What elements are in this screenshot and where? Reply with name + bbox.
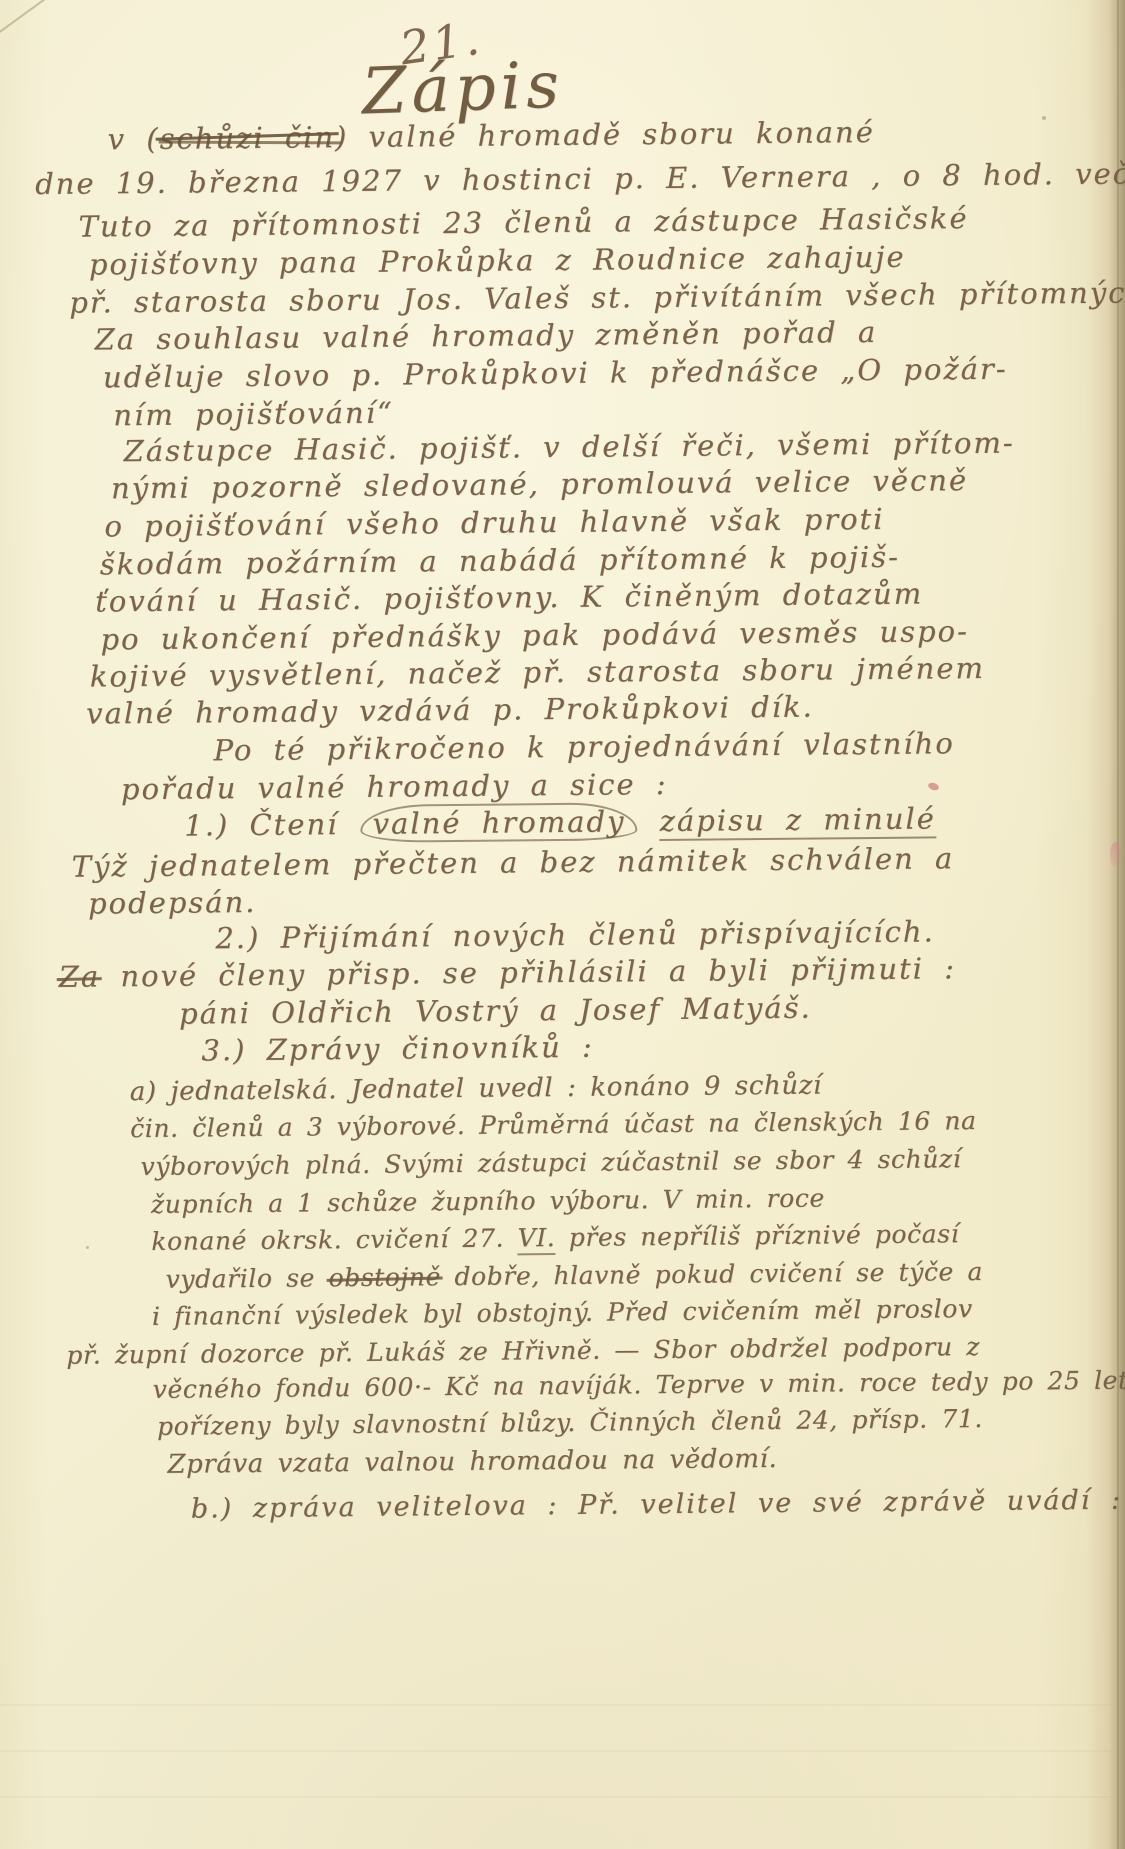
manuscript-text: př. starosta sboru Jos. Valeš st. přivít… — [69, 275, 1125, 319]
manuscript-line: župních a 1 schůze župního výboru. V min… — [151, 1183, 825, 1218]
manuscript-text: Zástupce Hasič. pojišť. v delší řeči, vš… — [124, 426, 1015, 469]
manuscript-line: Zpráva vzata valnou hromadou na vědomí. — [167, 1444, 777, 1480]
manuscript-text: 2.) Přijímání nových členů přispívajícíc… — [215, 914, 935, 955]
manuscript-text: výborových plná. Svými zástupci zúčastni… — [140, 1144, 961, 1181]
manuscript-line: čin. členů a 3 výborové. Průměrná účast … — [130, 1106, 977, 1143]
manuscript-line: věcného fondu 600·- Kč na navíják. Teprv… — [153, 1365, 1125, 1404]
manuscript-text: valné hromady vzdává p. Prokůpkovi dík. — [86, 690, 814, 731]
manuscript-line: i finanční výsledek byl obstojný. Před c… — [152, 1294, 973, 1331]
manuscript-text: o pojišťování všeho druhu hlavně však pr… — [104, 502, 884, 543]
manuscript-text: ) valné hromadě sboru konané — [335, 115, 875, 154]
manuscript-line: pořadu valné hromady a sice : — [121, 767, 668, 806]
manuscript-text: Týž jednatelem přečten a bez námitek sch… — [71, 841, 954, 883]
manuscript-line: uděluje slovo p. Prokůpkovi k přednášce … — [103, 352, 1008, 395]
manuscript-text: i finanční výsledek byl obstojný. Před c… — [152, 1294, 973, 1331]
manuscript-line: výborových plná. Svými zástupci zúčastni… — [140, 1144, 961, 1181]
manuscript-text: 3.) Zprávy činovníků : — [201, 1030, 594, 1068]
manuscript-line: 3.) Zprávy činovníků : — [201, 1030, 594, 1068]
manuscript-lines: v (schůzi čin) valné hromadě sboru konan… — [0, 0, 1125, 1849]
manuscript-line: Za souhlasu valné hromady změněn pořad a — [94, 315, 877, 357]
manuscript-line: vydařilo se obstojně dobře, hlavně pokud… — [165, 1257, 983, 1294]
manuscript-line: b.) zpráva velitelova : Př. velitel ve s… — [191, 1485, 1122, 1525]
manuscript-text: b.) zpráva velitelova : Př. velitel ve s… — [191, 1485, 1122, 1525]
manuscript-line: a) jednatelská. Jednatel uvedl : konáno … — [130, 1070, 822, 1107]
manuscript-line: v (schůzi čin) valné hromadě sboru konan… — [108, 115, 875, 156]
manuscript-text: nými pozorně sledované, promlouvá velice… — [111, 463, 968, 505]
manuscript-line: ťování u Hasič. pojišťovny. K činěným do… — [95, 577, 923, 619]
manuscript-page: { "page": { "heading_number": "21.", "ti… — [0, 0, 1125, 1849]
manuscript-text: přes nepříliš příznivé počasí — [555, 1219, 959, 1252]
manuscript-text: vydařilo se — [165, 1263, 328, 1294]
manuscript-text: škodám požárním a nabádá přítomné k poji… — [100, 540, 900, 582]
manuscript-text: po ukončení přednášky pak podává vesměs … — [100, 614, 969, 656]
manuscript-text: kojivé vysvětlení, načež př. starosta sb… — [90, 651, 985, 694]
manuscript-strike-text: obstojně — [328, 1262, 441, 1292]
manuscript-line: ním pojišťování“ — [113, 396, 394, 433]
manuscript-line: valné hromady vzdává p. Prokůpkovi dík. — [86, 690, 814, 731]
manuscript-text: Tuto za přítomnosti 23 členů a zástupce … — [78, 201, 968, 244]
manuscript-line: dne 19. března 1927 v hostinci p. E. Ver… — [35, 156, 1125, 201]
manuscript-text: ním pojišťování“ — [113, 396, 394, 433]
manuscript-scribble-text: schůzi čin — [159, 120, 335, 156]
manuscript-text: podepsán. — [88, 885, 257, 921]
manuscript-text: v ( — [108, 122, 160, 156]
manuscript-text: Za souhlasu valné hromady změněn pořad a — [94, 315, 877, 357]
manuscript-line: po ukončení přednášky pak podává vesměs … — [100, 614, 969, 656]
manuscript-line: konané okrsk. cvičení 27. VI. přes nepří… — [151, 1219, 959, 1256]
manuscript-underline-text: VI. — [517, 1223, 555, 1255]
manuscript-text: dne 19. března 1927 v hostinci p. E. Ver… — [35, 156, 1125, 201]
manuscript-text: ťování u Hasič. pojišťovny. K činěným do… — [95, 577, 923, 619]
manuscript-text — [639, 804, 660, 838]
manuscript-line: 1.) Čtení valné hromady zápisu z minulé — [184, 799, 936, 844]
manuscript-text: Zpráva vzata valnou hromadou na vědomí. — [167, 1444, 777, 1480]
manuscript-line: podepsán. — [88, 885, 257, 921]
manuscript-line: př. župní dozorce př. Lukáš ze Hřivně. —… — [66, 1332, 980, 1370]
manuscript-text: a) jednatelská. Jednatel uvedl : konáno … — [130, 1070, 822, 1107]
manuscript-line: Po té přikročeno k projednávání vlastníh… — [213, 726, 954, 767]
manuscript-text: pořadu valné hromady a sice : — [121, 767, 668, 806]
manuscript-text: př. župní dozorce př. Lukáš ze Hřivně. —… — [66, 1332, 980, 1370]
manuscript-line: škodám požárním a nabádá přítomné k poji… — [100, 540, 900, 582]
manuscript-text: čin. členů a 3 výborové. Průměrná účast … — [130, 1106, 977, 1143]
manuscript-line: př. starosta sboru Jos. Valeš st. přivít… — [69, 275, 1125, 319]
manuscript-line: pojišťovny pana Prokůpka z Roudnice zaha… — [89, 240, 906, 282]
manuscript-text: Po té přikročeno k projednávání vlastníh… — [213, 726, 954, 767]
manuscript-line: o pojišťování všeho druhu hlavně však pr… — [104, 502, 884, 543]
manuscript-circle-text: valné hromady — [360, 802, 637, 843]
manuscript-text: páni Oldřich Vostrý a Josef Matyáš. — [179, 991, 812, 1031]
manuscript-line: Za nové členy přisp. se přihlásili a byl… — [59, 951, 957, 994]
manuscript-text: nové členy přisp. se přihlásili a byli p… — [100, 951, 956, 993]
manuscript-strike-text: Za — [59, 959, 101, 993]
manuscript-line: kojivé vysvětlení, načež př. starosta sb… — [90, 651, 985, 694]
manuscript-line: Týž jednatelem přečten a bez námitek sch… — [71, 841, 954, 883]
manuscript-line: nými pozorně sledované, promlouvá velice… — [111, 463, 968, 505]
manuscript-line: Zástupce Hasič. pojišť. v delší řeči, vš… — [124, 426, 1015, 469]
manuscript-text: pojišťovny pana Prokůpka z Roudnice zaha… — [89, 240, 906, 282]
manuscript-text: konané okrsk. cvičení 27. — [151, 1223, 518, 1256]
manuscript-text: dobře, hlavně pokud cvičení se týče a — [441, 1257, 983, 1291]
manuscript-text: věcného fondu 600·- Kč na navíják. Teprv… — [153, 1365, 1125, 1404]
manuscript-text: 1.) Čtení — [184, 807, 359, 843]
manuscript-line: pořízeny byly slavnostní blůzy. Činných … — [157, 1404, 983, 1441]
manuscript-underline-text: zápisu z minulé — [659, 801, 936, 841]
manuscript-line: 2.) Přijímání nových členů přispívajícíc… — [215, 914, 935, 955]
manuscript-text: uděluje slovo p. Prokůpkovi k přednášce … — [103, 352, 1008, 395]
manuscript-line: Tuto za přítomnosti 23 členů a zástupce … — [78, 201, 968, 244]
manuscript-text: župních a 1 schůze župního výboru. V min… — [151, 1183, 825, 1218]
manuscript-line: páni Oldřich Vostrý a Josef Matyáš. — [179, 991, 812, 1031]
manuscript-text: pořízeny byly slavnostní blůzy. Činných … — [157, 1404, 983, 1441]
